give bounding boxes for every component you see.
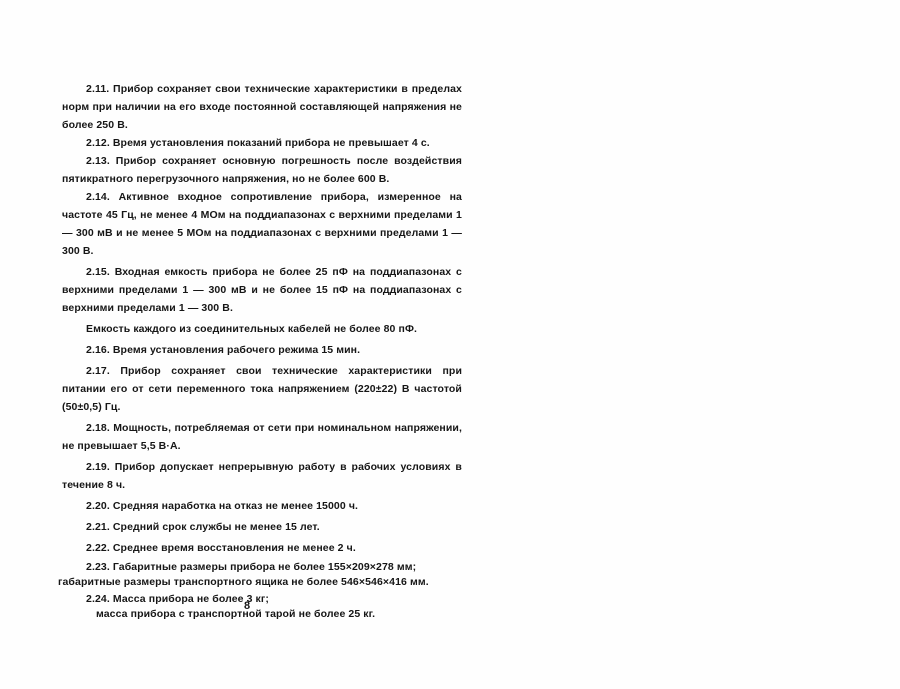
paragraph: 2.22. Среднее время восстановления не ме…: [62, 539, 462, 557]
paragraph: 2.11. Прибор сохраняет свои технические …: [62, 80, 462, 134]
paragraph: 2.15. Входная емкость прибора не более 2…: [62, 263, 462, 317]
paragraph: 2.17. Прибор сохраняет свои технические …: [62, 362, 462, 416]
paragraph: 2.16. Время установления рабочего режима…: [62, 341, 462, 359]
paragraph: габаритные размеры транспортного ящика н…: [58, 575, 462, 590]
paragraph: 2.18. Мощность, потребляемая от сети при…: [62, 419, 462, 455]
paragraph: 2.21. Средний срок службы не менее 15 ле…: [62, 518, 462, 536]
paragraph: 2.20. Средняя наработка на отказ не мене…: [62, 497, 462, 515]
scanned-page: 2.11. Прибор сохраняет свои технические …: [0, 0, 900, 689]
paragraph: 2.14. Активное входное сопротивление при…: [62, 188, 462, 260]
paragraph: Емкость каждого из соединительных кабеле…: [62, 320, 462, 338]
page-number: 8: [62, 600, 432, 612]
paragraph: 2.23. Габаритные размеры прибора не боле…: [62, 560, 462, 575]
paragraph: 2.12. Время установления показаний прибо…: [62, 134, 462, 152]
paragraph: 2.13. Прибор сохраняет основную погрешно…: [62, 152, 462, 188]
text-column: 2.11. Прибор сохраняет свои технические …: [62, 80, 462, 621]
paragraph: 2.19. Прибор допускает непрерывную работ…: [62, 458, 462, 494]
